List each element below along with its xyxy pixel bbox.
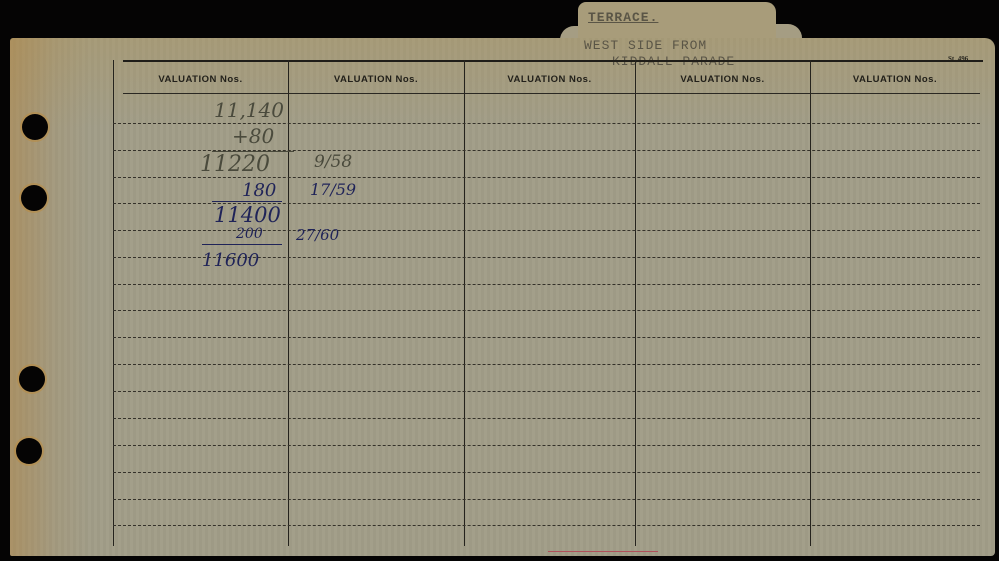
row-line — [113, 391, 980, 392]
sum-rule — [212, 201, 282, 202]
column-divider — [810, 60, 811, 546]
row-line — [113, 472, 980, 473]
stamp-heading: TERRACE. — [588, 10, 658, 25]
row-line — [113, 310, 980, 311]
row-line — [113, 525, 980, 526]
row-line — [113, 177, 980, 178]
table-top-border — [123, 60, 983, 62]
row-line — [113, 445, 980, 446]
column-divider — [113, 60, 114, 546]
handwritten-date: 27/60 — [296, 226, 339, 244]
row-line — [113, 337, 980, 338]
punch-hole — [21, 185, 47, 211]
column-header: VALUATION Nos. — [113, 74, 288, 85]
handwritten-value: 180 — [242, 180, 276, 201]
column-header: VALUATION Nos. — [288, 74, 464, 85]
stamp-location-line1: WEST SIDE FROM — [584, 38, 707, 53]
handwritten-date: 9/58 — [314, 152, 352, 172]
row-line — [113, 418, 980, 419]
handwritten-date: 17/59 — [310, 180, 356, 199]
row-line — [113, 364, 980, 365]
column-header: VALUATION Nos. — [464, 74, 635, 85]
column-divider — [288, 60, 289, 546]
handwritten-value: 200 — [236, 226, 263, 242]
handwritten-value: +80 — [232, 124, 274, 148]
handwritten-value: 11220 — [200, 152, 270, 177]
handwritten-value: 11,140 — [214, 98, 284, 122]
handwritten-value: 11400 — [214, 203, 281, 227]
punch-hole — [22, 114, 48, 140]
column-divider — [464, 60, 465, 546]
column-header: VALUATION Nos. — [810, 74, 980, 85]
sum-rule — [202, 244, 282, 245]
red-mark — [548, 551, 658, 552]
handwritten-value: 11600 — [202, 250, 259, 271]
row-line — [113, 284, 980, 285]
row-line — [113, 499, 980, 500]
punch-hole — [16, 438, 42, 464]
punch-hole — [19, 366, 45, 392]
header-underline — [123, 93, 980, 94]
column-divider — [635, 60, 636, 546]
column-header: VALUATION Nos. — [635, 74, 810, 85]
